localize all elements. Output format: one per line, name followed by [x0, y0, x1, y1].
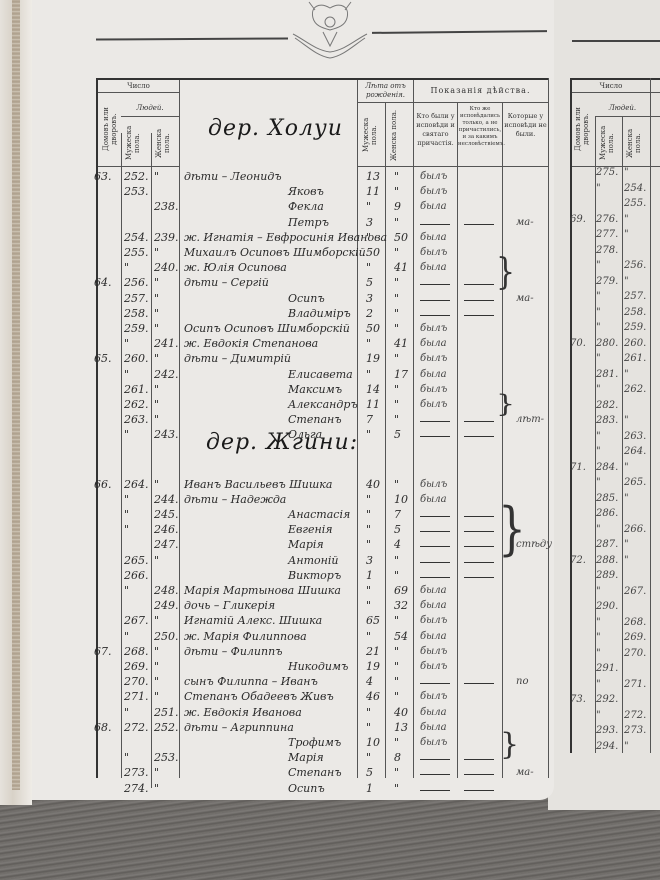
binding-stitching: [12, 0, 20, 790]
female-count: 239.: [154, 231, 179, 244]
confession-dash: [420, 284, 450, 285]
male-count: 252.: [124, 170, 149, 183]
person-name: дѣти – Филиппъ: [184, 645, 283, 658]
person-name: Марія Мартынова Шишка: [184, 584, 341, 597]
person-name: Никодимъ: [288, 660, 348, 673]
house-number: 66.: [94, 478, 112, 491]
village-heading-zhgini: дер. Жгини:: [206, 430, 358, 455]
not-communed-dash: [464, 300, 494, 301]
female-count: 256.: [624, 259, 646, 272]
male-count: 253.: [124, 185, 149, 198]
age-female: 4: [394, 538, 401, 551]
male-count: 271.: [124, 690, 149, 703]
age-female: ": [394, 675, 399, 688]
header-age-female: Женска пола.: [390, 108, 410, 162]
confession-status: былъ: [420, 398, 447, 411]
female-count: 246.: [154, 523, 179, 536]
male-count: ": [124, 508, 129, 521]
male-count: 265.: [124, 554, 149, 567]
age-male: 1: [366, 569, 373, 582]
female-count: ": [154, 170, 159, 183]
male-count: ": [596, 631, 601, 644]
male-count: ": [596, 445, 601, 458]
male-count: ": [124, 428, 129, 441]
person-name: Осипъ: [288, 782, 325, 795]
age-female: ": [394, 413, 399, 426]
not-communed-dash: [464, 774, 494, 775]
age-female: 69: [394, 584, 408, 597]
age-female: 5: [394, 428, 401, 441]
age-male: ": [366, 493, 371, 506]
house-number: 64.: [94, 276, 112, 289]
age-female: 50: [394, 231, 408, 244]
confession-dash: [420, 546, 450, 547]
right-header-male: Мужеска пола.: [599, 122, 619, 164]
person-name: Марія: [288, 538, 324, 551]
female-count: 241.: [154, 337, 179, 350]
age-female: 41: [394, 261, 408, 274]
age-female: 41: [394, 337, 408, 350]
female-count: 264.: [624, 445, 646, 458]
male-count: 263.: [124, 413, 149, 426]
header-male: Мужеска пола.: [125, 122, 147, 164]
right-header-female: Женска пола.: [626, 122, 646, 164]
female-count: ": [624, 492, 629, 505]
age-female: ": [394, 292, 399, 305]
age-female: 8: [394, 751, 401, 764]
confession-dash: [420, 577, 450, 578]
person-name: Викторъ: [288, 569, 341, 582]
male-count: 272.: [124, 721, 149, 734]
male-count: ": [596, 321, 601, 334]
female-count: 260.: [624, 337, 646, 350]
female-count: 272.: [624, 709, 646, 722]
male-count: ": [596, 352, 601, 365]
female-count: ": [624, 213, 629, 226]
age-male: 14: [366, 383, 380, 396]
confession-status: была: [420, 368, 447, 381]
female-count: 238.: [154, 200, 179, 213]
confession-dash: [420, 315, 450, 316]
header-conf-col1: Кто были у исповѣди и святаго причастія.: [414, 112, 457, 148]
female-count: 251.: [154, 706, 179, 719]
female-count: 259.: [624, 321, 646, 334]
age-male: ": [366, 428, 371, 441]
male-count: 268.: [124, 645, 149, 658]
person-name: Осипъ: [288, 292, 325, 305]
confession-status: была: [420, 584, 447, 597]
confession-status: была: [420, 706, 447, 719]
person-name: Евгенія: [288, 523, 333, 536]
not-communed-dash: [464, 516, 494, 517]
person-name: ж. Евдокія Степанова: [184, 337, 318, 350]
age-male: 2: [366, 307, 373, 320]
house-number: 65.: [94, 352, 112, 365]
age-female: ": [394, 736, 399, 749]
header-confession: Показанія дѣйства.: [413, 86, 548, 95]
confession-dash: [420, 531, 450, 532]
male-count: 292.: [596, 693, 618, 706]
not-communed-dash: [464, 546, 494, 547]
female-count: 271.: [624, 678, 646, 691]
age-female: ": [394, 690, 399, 703]
confession-dash: [420, 224, 450, 225]
female-count: 268.: [624, 616, 646, 629]
male-count: ": [596, 523, 601, 536]
female-count: 245.: [154, 508, 179, 521]
person-name: Степанъ Обадеевъ Живъ: [184, 690, 334, 703]
male-count: 256.: [124, 276, 149, 289]
house-number: 73.: [570, 693, 586, 706]
female-count: ": [624, 368, 629, 381]
male-count: ": [596, 306, 601, 319]
male-count: 270.: [124, 675, 149, 688]
confession-status: былъ: [420, 690, 447, 703]
male-count: ": [596, 290, 601, 303]
not-communed-dash: [464, 683, 494, 684]
male-count: ": [124, 493, 129, 506]
male-count: 293.: [596, 724, 618, 737]
female-count: 273.: [624, 724, 646, 737]
male-count: 257.: [124, 292, 149, 305]
female-count: ": [154, 782, 159, 795]
age-male: ": [366, 751, 371, 764]
female-count: 257.: [624, 290, 646, 303]
female-count: ": [624, 538, 629, 551]
age-male: ": [366, 337, 371, 350]
confession-dash: [420, 421, 450, 422]
age-male: 40: [366, 478, 380, 491]
female-count: ": [154, 660, 159, 673]
age-male: ": [366, 630, 371, 643]
male-count: 266.: [124, 569, 149, 582]
confession-status: была: [420, 337, 447, 350]
person-name: дѣти – Леонидъ: [184, 170, 282, 183]
age-female: ": [394, 307, 399, 320]
male-count: 285.: [596, 492, 618, 505]
female-count: ": [154, 246, 159, 259]
header-female: Женска пола.: [155, 122, 177, 164]
male-count: ": [596, 182, 601, 195]
person-name: Иванъ Васильевъ Шишка: [184, 478, 332, 491]
age-male: 3: [366, 292, 373, 305]
female-count: 253.: [154, 751, 179, 764]
confession-dash: [420, 683, 450, 684]
female-count: 258.: [624, 306, 646, 319]
age-male: 4: [366, 675, 373, 688]
female-count: ": [624, 740, 629, 753]
age-male: 19: [366, 660, 380, 673]
age-male: ": [366, 721, 371, 734]
female-count: ": [154, 307, 159, 320]
female-count: ": [624, 554, 629, 567]
male-count: 279.: [596, 275, 618, 288]
confession-status: была: [420, 493, 447, 506]
male-count: ": [596, 259, 601, 272]
male-count: 258.: [124, 307, 149, 320]
confession-dash: [420, 759, 450, 760]
person-name: ж. Игнатія – Евфросинія Иванова: [184, 231, 387, 244]
female-count: 250.: [154, 630, 179, 643]
person-name: Михаилъ Осиповъ Шимборскій: [184, 246, 366, 259]
male-count: 259.: [124, 322, 149, 335]
book-binding: [0, 0, 32, 805]
male-count: ": [596, 678, 601, 691]
confession-dash: [420, 562, 450, 563]
not-communed-dash: [464, 421, 494, 422]
absent-note: лѣт-: [516, 413, 544, 426]
female-count: ": [154, 292, 159, 305]
female-count: 267.: [624, 585, 646, 598]
not-communed-dash: [464, 224, 494, 225]
female-count: ": [624, 461, 629, 474]
male-count: ": [596, 476, 601, 489]
confession-status: былъ: [420, 352, 447, 365]
age-male: ": [366, 599, 371, 612]
person-name: Игнатій Алекс. Шишка: [184, 614, 322, 627]
age-female: ": [394, 352, 399, 365]
age-female: ": [394, 383, 399, 396]
age-male: 5: [366, 766, 373, 779]
male-count: 273.: [124, 766, 149, 779]
double-headed-eagle-emblem: [285, 0, 375, 62]
person-name: Осипъ Осиповъ Шимборскій: [184, 322, 350, 335]
absent-note: ма-: [516, 766, 534, 779]
female-count: ": [624, 166, 629, 179]
age-male: ": [366, 261, 371, 274]
age-male: 1: [366, 782, 373, 795]
person-name: Степанъ: [288, 413, 342, 426]
absent-note: по: [516, 675, 528, 688]
age-female: ": [394, 216, 399, 229]
female-count: ": [154, 690, 159, 703]
female-count: ": [154, 645, 159, 658]
not-communed-dash: [464, 531, 494, 532]
female-count: ": [154, 398, 159, 411]
male-count: ": [124, 630, 129, 643]
age-female: 9: [394, 200, 401, 213]
age-male: ": [366, 508, 371, 521]
female-count: 240.: [154, 261, 179, 274]
person-name: Владиміръ: [288, 307, 351, 320]
person-name: Анастасія: [288, 508, 350, 521]
age-female: ": [394, 554, 399, 567]
male-count: 260.: [124, 352, 149, 365]
house-number: 68.: [94, 721, 112, 734]
person-name: Трофимъ: [288, 736, 341, 749]
header-conf-col2: Кто же исповѣдались только, а не причаст…: [458, 106, 502, 148]
age-female: ": [394, 614, 399, 627]
age-male: ": [366, 368, 371, 381]
male-count: ": [124, 584, 129, 597]
age-female: 13: [394, 721, 408, 734]
person-name: дѣти – Надежда: [184, 493, 286, 506]
person-name: дѣти – Димитрій: [184, 352, 291, 365]
confession-status: былъ: [420, 645, 447, 658]
male-count: 255.: [124, 246, 149, 259]
confession-status: была: [420, 261, 447, 274]
person-name: дѣти – Сергій: [184, 276, 269, 289]
female-count: ": [154, 383, 159, 396]
header-houses: Домовъ или дворовъ.: [102, 100, 120, 158]
male-count: 287.: [596, 538, 618, 551]
age-female: ": [394, 782, 399, 795]
male-count: 290.: [596, 600, 618, 613]
male-count: 280.: [596, 337, 618, 350]
male-count: ": [124, 261, 129, 274]
male-count: 286.: [596, 507, 618, 520]
person-name: Марія: [288, 751, 324, 764]
not-communed-dash: [464, 315, 494, 316]
age-female: ": [394, 246, 399, 259]
male-count: ": [596, 647, 601, 660]
right-header-number: Число: [572, 82, 650, 91]
male-count: 267.: [124, 614, 149, 627]
female-count: ": [154, 554, 159, 567]
header-number: Число: [98, 82, 179, 91]
male-count: 281.: [596, 368, 618, 381]
age-male: 11: [366, 398, 380, 411]
male-count: 294.: [596, 740, 618, 753]
brace-group-3: }: [498, 501, 526, 558]
header-age: Лѣта отъ рожденія.: [358, 82, 413, 100]
female-count: 255.: [624, 197, 646, 210]
male-count: 288.: [596, 554, 618, 567]
male-count: ": [596, 585, 601, 598]
house-number: 71.: [570, 461, 586, 474]
age-female: 32: [394, 599, 408, 612]
header-age-male: Мужеска пола.: [362, 108, 382, 162]
male-count: 278.: [596, 244, 618, 257]
not-communed-dash: [464, 562, 494, 563]
confession-status: былъ: [420, 614, 447, 627]
person-name: сынъ Филиппа – Иванъ: [184, 675, 318, 688]
person-name: Антоній: [288, 554, 338, 567]
female-count: ": [154, 766, 159, 779]
person-name: Петръ: [288, 216, 329, 229]
confession-status: былъ: [420, 322, 447, 335]
female-count: ": [154, 478, 159, 491]
brace-group-2: }: [496, 393, 515, 417]
person-name: дочь – Гликерія: [184, 599, 275, 612]
age-female: 17: [394, 368, 408, 381]
male-count: 282.: [596, 399, 618, 412]
female-count: 249.: [154, 599, 179, 612]
house-number: 67.: [94, 645, 112, 658]
person-name: Елисавета: [288, 368, 353, 381]
brace-group-1: }: [496, 255, 515, 291]
confession-status: былъ: [420, 246, 447, 259]
male-count: 269.: [124, 660, 149, 673]
age-male: ": [366, 584, 371, 597]
male-count: ": [596, 709, 601, 722]
absent-note: ма-: [516, 216, 534, 229]
person-name: Яковъ: [288, 185, 324, 198]
age-female: ": [394, 170, 399, 183]
confession-dash: [420, 300, 450, 301]
village-heading-kholui: дер. Холуи: [208, 116, 343, 141]
female-count: 263.: [624, 430, 646, 443]
age-female: 10: [394, 493, 408, 506]
house-number: 70.: [570, 337, 586, 350]
age-male: ": [366, 200, 371, 213]
male-count: ": [124, 751, 129, 764]
age-female: 5: [394, 523, 401, 536]
house-number: 63.: [94, 170, 112, 183]
right-header-houses: Домовъ или дворовъ.: [574, 100, 592, 158]
person-name: Ольга: [288, 428, 322, 441]
age-male: 5: [366, 276, 373, 289]
male-count: ": [596, 616, 601, 629]
female-count: ": [624, 228, 629, 241]
age-female: ": [394, 276, 399, 289]
header-conf-col3: Которые у исповѣди не были.: [503, 112, 548, 139]
female-count: 270.: [624, 647, 646, 660]
confession-status: была: [420, 630, 447, 643]
female-count: 247.: [154, 538, 179, 551]
age-male: 50: [366, 322, 380, 335]
female-count: 242.: [154, 368, 179, 381]
confession-dash: [420, 516, 450, 517]
not-communed-dash: [464, 790, 494, 791]
not-communed-dash: [464, 577, 494, 578]
female-count: 266.: [624, 523, 646, 536]
age-female: 40: [394, 706, 408, 719]
male-count: 284.: [596, 461, 618, 474]
female-count: 254.: [624, 182, 646, 195]
male-count: ": [124, 706, 129, 719]
male-count: 283.: [596, 414, 618, 427]
right-page-top-rule: [572, 40, 660, 42]
not-communed-dash: [464, 284, 494, 285]
male-count: 291.: [596, 662, 618, 675]
age-male: 13: [366, 170, 380, 183]
age-female: ": [394, 398, 399, 411]
confession-status: была: [420, 200, 447, 213]
register-table: Число Людей. Домовъ или дворовъ. Мужеска…: [96, 78, 549, 778]
age-male: 10: [366, 736, 380, 749]
female-count: ": [154, 413, 159, 426]
male-count: ": [124, 368, 129, 381]
confession-status: былъ: [420, 170, 447, 183]
confession-status: была: [420, 721, 447, 734]
female-count: 261.: [624, 352, 646, 365]
age-male: 3: [366, 554, 373, 567]
brace-group-4: }: [500, 730, 519, 760]
male-count: ": [124, 337, 129, 350]
age-male: 19: [366, 352, 380, 365]
confession-dash: [420, 774, 450, 775]
age-male: ": [366, 231, 371, 244]
confession-dash: [420, 436, 450, 437]
person-name: ж. Марія Филиппова: [184, 630, 307, 643]
age-male: 50: [366, 246, 380, 259]
confession-status: былъ: [420, 185, 447, 198]
male-count: 264.: [124, 478, 149, 491]
confession-status: былъ: [420, 478, 447, 491]
confession-status: былъ: [420, 736, 447, 749]
male-count: 276.: [596, 213, 618, 226]
male-count: 277.: [596, 228, 618, 241]
female-count: ": [154, 322, 159, 335]
house-number: 69.: [570, 213, 586, 226]
female-count: 252.: [154, 721, 179, 734]
age-male: ": [366, 538, 371, 551]
male-count: 274.: [124, 782, 149, 795]
female-count: ": [154, 614, 159, 627]
person-name: ж. Евдокія Иванова: [184, 706, 302, 719]
age-male: ": [366, 523, 371, 536]
